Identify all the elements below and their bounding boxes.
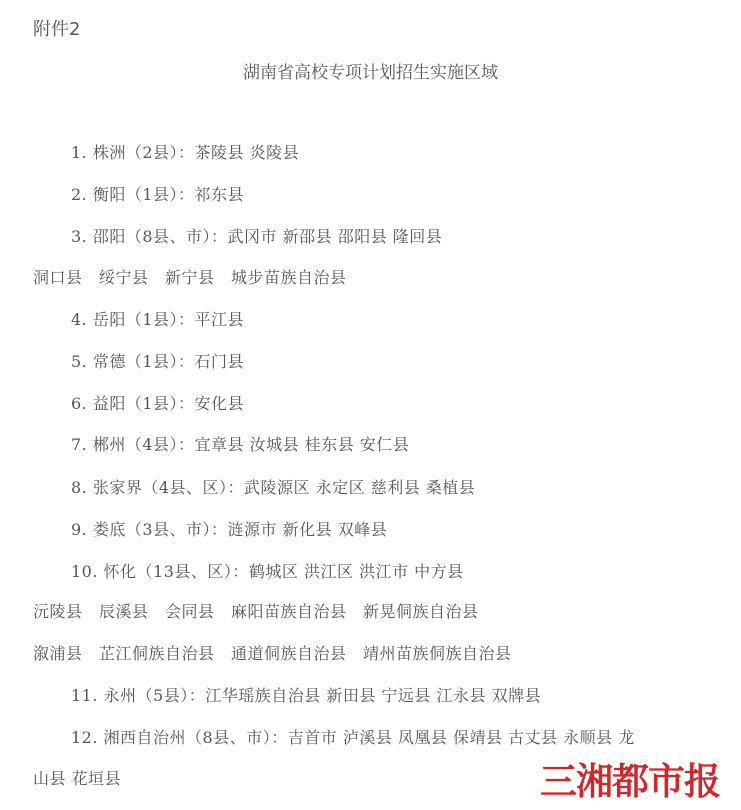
list-item-9: 9. 娄底（3县、市）：涟源市 新化县 双峰县 xyxy=(71,520,387,540)
item-number: 9. xyxy=(71,520,87,539)
list-item-1: 1. 株洲（2县）：茶陵县 炎陵县 xyxy=(71,143,299,163)
item-region: 怀化（13县、区）： xyxy=(104,562,249,581)
item-areas: 宜章县 汝城县 桂东县 安仁县 xyxy=(195,435,410,454)
item-region: 邵阳（8县、市）： xyxy=(93,227,228,246)
item-region: 岳阳（1县）： xyxy=(93,310,195,329)
list-item-5: 5. 常德（1县）：石门县 xyxy=(71,352,244,372)
item-areas: 吉首市 泸溪县 凤凰县 保靖县 古丈县 永顺县 龙 xyxy=(288,728,635,747)
item-number: 6. xyxy=(71,394,87,413)
list-item-2: 2. 衡阳（1县）：祁东县 xyxy=(71,185,244,205)
item-region: 永州（5县）： xyxy=(104,686,206,705)
item-areas: 茶陵县 炎陵县 xyxy=(195,143,300,162)
item-areas: 江华瑶族自治县 新田县 宁远县 江永县 双牌县 xyxy=(205,686,541,705)
list-item-10-continuation-2: 溆浦县 芷江侗族自治县 通道侗族自治县 靖州苗族侗族自治县 xyxy=(33,644,512,664)
item-areas: 平江县 xyxy=(195,310,245,329)
list-item-3-continuation: 洞口县 绥宁县 新宁县 城步苗族自治县 xyxy=(33,268,347,288)
item-number: 2. xyxy=(71,185,87,204)
item-number: 12. xyxy=(71,728,98,747)
item-region: 张家界（4县、区）： xyxy=(93,478,244,497)
list-item-12-continuation: 山县 花垣县 xyxy=(33,769,121,789)
item-areas: 石门县 xyxy=(195,352,245,371)
list-item-11: 11. 永州（5县）：江华瑶族自治县 新田县 宁远县 江永县 双牌县 xyxy=(71,686,541,706)
item-number: 1. xyxy=(71,143,87,162)
list-item-12: 12. 湘西自治州（8县、市）：吉首市 泸溪县 凤凰县 保靖县 古丈县 永顺县 … xyxy=(71,728,635,748)
newspaper-logo-watermark: 三湘都市报 xyxy=(540,762,720,802)
item-number: 10. xyxy=(71,562,98,581)
list-item-7: 7. 郴州（4县）：宜章县 汝城县 桂东县 安仁县 xyxy=(71,435,409,455)
item-areas: 安化县 xyxy=(195,394,245,413)
list-item-3: 3. 邵阳（8县、市）：武冈市 新邵县 邵阳县 隆回县 xyxy=(71,227,442,247)
item-areas: 武陵源区 永定区 慈利县 桑植县 xyxy=(244,478,475,497)
list-item-8: 8. 张家界（4县、区）：武陵源区 永定区 慈利县 桑植县 xyxy=(71,478,475,498)
item-region: 郴州（4县）： xyxy=(93,435,195,454)
item-number: 4. xyxy=(71,310,87,329)
item-number: 7. xyxy=(71,435,87,454)
item-number: 11. xyxy=(71,686,98,705)
document-title: 湖南省高校专项计划招生实施区域 xyxy=(0,58,741,83)
list-item-4: 4. 岳阳（1县）：平江县 xyxy=(71,310,244,330)
item-region: 常德（1县）： xyxy=(93,352,195,371)
item-areas: 祁东县 xyxy=(195,185,245,204)
document-title-text: 湖南省高校专项计划招生实施区域 xyxy=(243,63,498,83)
item-region: 湘西自治州（8县、市）： xyxy=(104,728,288,747)
item-region: 衡阳（1县）： xyxy=(93,185,195,204)
item-number: 8. xyxy=(71,478,87,497)
item-areas: 涟源市 新化县 双峰县 xyxy=(228,520,388,539)
item-areas: 武冈市 新邵县 邵阳县 隆回县 xyxy=(228,227,443,246)
item-number: 3. xyxy=(71,227,87,246)
item-region: 株洲（2县）： xyxy=(93,143,195,162)
item-number: 5. xyxy=(71,352,87,371)
list-item-10-continuation-1: 沅陵县 辰溪县 会同县 麻阳苗族自治县 新晃侗族自治县 xyxy=(33,602,479,622)
item-region: 娄底（3县、市）： xyxy=(93,520,228,539)
list-item-10: 10. 怀化（13县、区）：鹤城区 洪江区 洪江市 中方县 xyxy=(71,562,464,582)
attachment-label: 附件2 xyxy=(33,15,80,41)
list-item-6: 6. 益阳（1县）：安化县 xyxy=(71,394,244,414)
item-areas: 鹤城区 洪江区 洪江市 中方县 xyxy=(249,562,464,581)
item-region: 益阳（1县）： xyxy=(93,394,195,413)
